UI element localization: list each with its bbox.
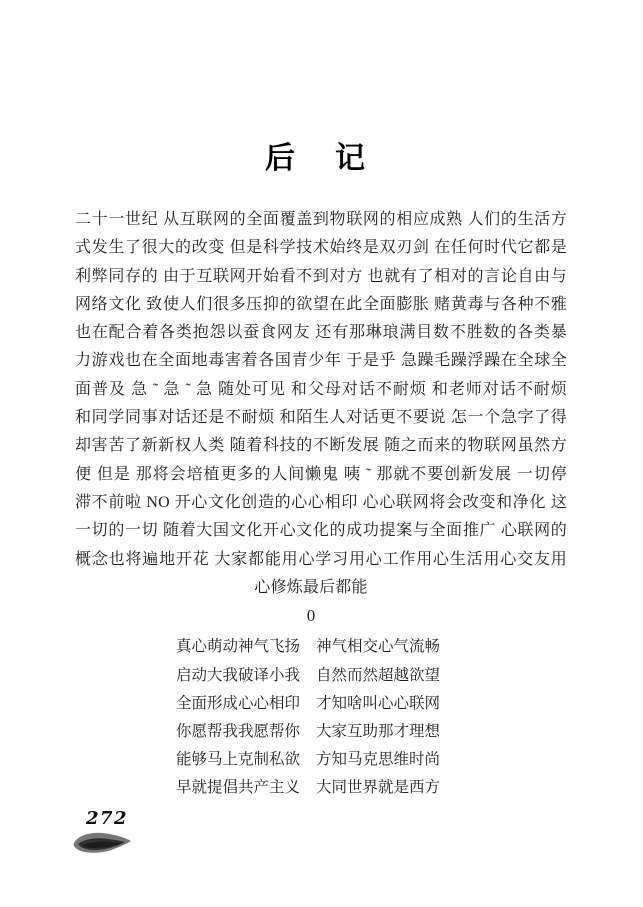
paragraph-line: 也在配合着各类抱怨以蚕食网友 还有那琳琅满目数不胜数的各类暴 — [75, 319, 567, 347]
paragraph-line: 滞不前啦 NO 开心文化创造的心心相印 心心联网将会改变和净化 这 — [75, 489, 567, 517]
verse-right: 神气相交心气流畅 — [316, 633, 440, 661]
afterword-paragraph: 二十一世纪 从互联网的全面覆盖到物联网的相应成熟 人们的生活方 式发生了很大的改… — [75, 206, 567, 602]
verse-row: 全面形成心心相印 才知啥叫心心联网 — [62, 690, 554, 718]
paragraph-line: 式发生了很大的改变 但是科学技术始终是双刃剑 在任何时代它都是 — [75, 234, 567, 262]
verse-row: 能够马上克制私欲 方知马克思维时尚 — [62, 746, 554, 774]
verse-right: 才知啥叫心心联网 — [316, 690, 440, 718]
title-char-right: 记 — [335, 142, 365, 176]
verse-row: 早就提倡共产主义 大同世界就是西方 — [62, 774, 554, 802]
verse-left: 能够马上克制私欲 — [176, 746, 300, 774]
text-column: 后 记 二十一世纪 从互联网的全面覆盖到物联网的相应成熟 人们的生活方 式发生了… — [75, 0, 567, 802]
paragraph-line: 利弊同存的 由于互联网开始看不到对方 也就有了相对的言论自由与 — [75, 263, 567, 291]
separator-zero: 0 — [65, 602, 557, 630]
verse-row: 启动大我破译小我 自然而然超越欲望 — [62, 662, 554, 690]
verse-block: 真心萌动神气飞扬 神气相交心气流畅 启动大我破译小我 自然而然超越欲望 全面形成… — [75, 633, 567, 802]
paragraph-line: 网络文化 致使人们很多压抑的欲望在此全面膨胀 赌黄毒与各种不雅 — [75, 291, 567, 319]
verse-left: 你愿帮我我愿帮你 — [176, 718, 300, 746]
title-char-left: 后 — [265, 142, 295, 176]
verse-left: 早就提倡共产主义 — [176, 774, 300, 802]
paragraph-line: 便 但是 那将会培植更多的人间懒鬼 咦 ˜ 那就不要创新发展 一切停 — [75, 461, 567, 489]
ink-brush-icon — [72, 830, 134, 856]
verse-left: 全面形成心心相印 — [176, 690, 300, 718]
verse-right: 自然而然超越欲望 — [316, 662, 440, 690]
paragraph-line: 力游戏也在全面地毒害着各国青少年 于是乎 急躁毛躁浮躁在全球全 — [75, 347, 567, 375]
page-title: 后 记 — [69, 142, 561, 176]
verse-right: 大同世界就是西方 — [316, 774, 440, 802]
verse-right: 方知马克思维时尚 — [316, 746, 440, 774]
verse-row: 你愿帮我我愿帮你 大家互助那才理想 — [62, 718, 554, 746]
page-footer: 272 — [86, 808, 166, 860]
verse-left: 真心萌动神气飞扬 — [176, 633, 300, 661]
verse-right: 大家互助那才理想 — [316, 718, 440, 746]
paragraph-line: 一切的一切 随着大国文化开心文化的成功提案与全面推广 心联网的 — [75, 517, 567, 545]
verse-left: 启动大我破译小我 — [176, 662, 300, 690]
paragraph-line: 和同学同事对话还是不耐烦 和陌生人对话更不要说 怎一个急字了得 — [75, 404, 567, 432]
page-number: 272 — [86, 808, 128, 829]
paragraph-line: 却害苦了新新权人类 随着科技的不断发展 随之而来的物联网虽然方 — [75, 432, 567, 460]
paragraph-line: 二十一世纪 从互联网的全面覆盖到物联网的相应成熟 人们的生活方 — [75, 206, 567, 234]
verse-row: 真心萌动神气飞扬 神气相交心气流畅 — [62, 633, 554, 661]
paragraph-line: 面普及 急 ˜ 急 ˜ 急 随处可见 和父母对话不耐烦 和老师对话不耐烦 — [75, 376, 567, 404]
paragraph-last-line: 心修炼最后都能 — [65, 574, 557, 602]
book-page: 后 记 二十一世纪 从互联网的全面覆盖到物联网的相应成熟 人们的生活方 式发生了… — [0, 0, 643, 907]
paragraph-line: 概念也将遍地开花 大家都能用心学习用心工作用心生活用心交友用 — [75, 546, 567, 574]
